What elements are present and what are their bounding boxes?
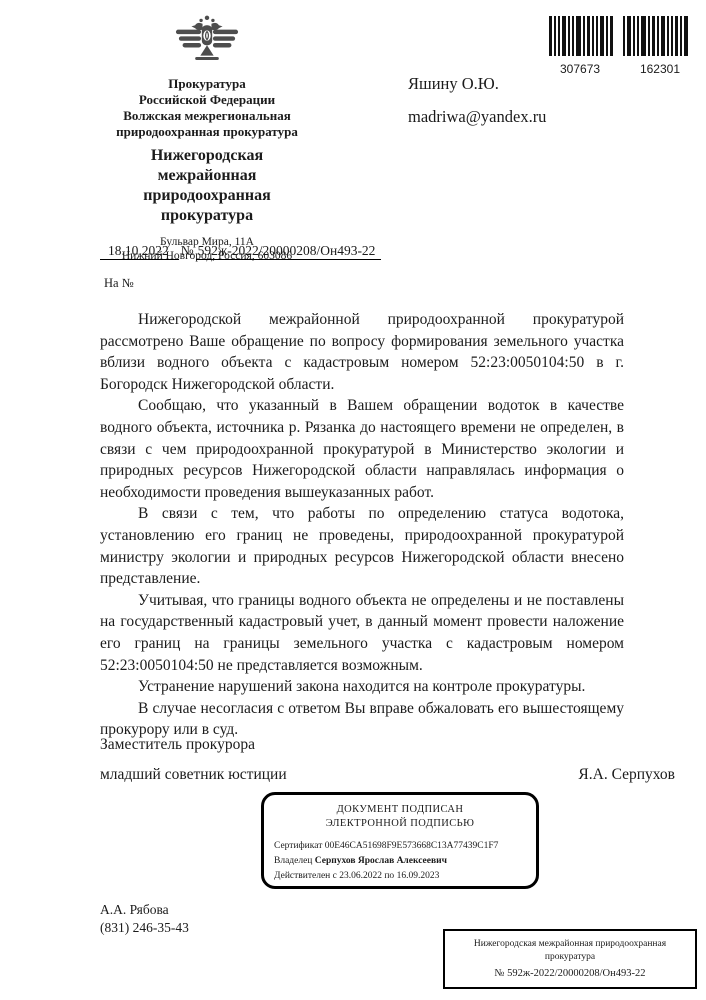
barcode: 307673 162301: [548, 16, 690, 76]
barcode-numbers: 307673 162301: [548, 61, 690, 76]
stamp-validity-line: Действителен с 23.06.2022 по 16.09.2023: [274, 869, 526, 884]
signer-name: Я.А. Серпухов: [578, 766, 675, 784]
number-sign: №: [179, 243, 196, 258]
body-paragraph: Сообщаю, что указанный в Вашем обращении…: [100, 395, 624, 503]
executor-contact: А.А. Рябова (831) 246-35-43: [100, 901, 189, 937]
signer-position-line1: Заместитель прокурора: [100, 736, 255, 754]
stamp-title-line2: ЭЛЕКТРОННОЙ ПОДПИСЬЮ: [274, 817, 526, 831]
footer-org-line1: Нижегородская межрайонная природоохранна…: [450, 938, 690, 951]
valid-label: Действителен с: [274, 871, 337, 881]
signer-position-line2: младший советник юстиции: [100, 766, 287, 784]
org-name-line: Прокуратура: [96, 76, 318, 92]
certificate-value: 00E46CA51698F9E573668C13A77439C1F7: [325, 841, 499, 851]
footer-reference-box: Нижегородская межрайонная природоохранна…: [443, 929, 697, 989]
body-paragraph: Устранение нарушений закона находится на…: [100, 676, 624, 698]
reference-number-label: На №: [104, 276, 134, 291]
footer-number-value: 592ж-2022/20000208/Он493-22: [507, 968, 645, 979]
owner-value: Серпухов Ярослав Алексеевич: [315, 856, 447, 866]
stamp-details: Сертификат 00E46CA51698F9E573668C13A7743…: [274, 839, 526, 884]
org-name-line: Российской Федерации: [96, 92, 318, 108]
unit-name-line: прокуратура: [96, 206, 318, 226]
body-paragraph: В связи с тем, что работы по определению…: [100, 503, 624, 589]
signature-row: младший советник юстиции Я.А. Серпухов: [100, 766, 675, 784]
unit-name: Нижегородская межрайонная природоохранна…: [96, 146, 318, 226]
valid-to: 16.09.2023: [397, 871, 440, 881]
owner-label: Владелец: [274, 856, 312, 866]
stamp-title: ДОКУМЕНТ ПОДПИСАН ЭЛЕКТРОННОЙ ПОДПИСЬЮ: [274, 803, 526, 831]
org-name-line: природоохранная прокуратура: [96, 124, 318, 140]
coat-of-arms-icon: [170, 14, 244, 72]
valid-from: 23.06.2022: [339, 871, 382, 881]
unit-name-line: Нижегородская: [96, 146, 318, 166]
org-name-line: Волжская межрегиональная: [96, 108, 318, 124]
recipient-email: madriwa@yandex.ru: [408, 107, 546, 127]
body-paragraph: Учитывая, что границы водного объекта не…: [100, 590, 624, 676]
footer-org-line2: прокуратура: [450, 951, 690, 964]
outgoing-number-line: 18.10.2022№592ж-2022/20000208/Он493-22: [100, 242, 381, 260]
certificate-label: Сертификат: [274, 841, 322, 851]
electronic-signature-stamp: ДОКУМЕНТ ПОДПИСАН ЭЛЕКТРОННОЙ ПОДПИСЬЮ С…: [261, 792, 539, 889]
footer-number-sign: №: [495, 968, 505, 979]
executor-name: А.А. Рябова: [100, 901, 189, 919]
unit-name-line: межрайонная природоохранная: [96, 166, 318, 206]
stamp-owner-line: Владелец Серпухов Ярослав Алексеевич: [274, 854, 526, 869]
document-number: 592ж-2022/20000208/Он493-22: [196, 243, 382, 260]
letter-body: Нижегородской межрайонной природоохранно…: [100, 309, 624, 741]
barcode-number-right: 162301: [640, 62, 680, 76]
recipient-block: Яшину О.Ю. madriwa@yandex.ru: [408, 74, 546, 127]
body-paragraph: В случае несогласия с ответом Вы вправе …: [100, 698, 624, 741]
barcode-bars-icon: [548, 16, 690, 56]
stamp-certificate-line: Сертификат 00E46CA51698F9E573668C13A7743…: [274, 839, 526, 854]
executor-phone: (831) 246-35-43: [100, 919, 189, 937]
stamp-title-line1: ДОКУМЕНТ ПОДПИСАН: [274, 803, 526, 817]
letterhead: Прокуратура Российской Федерации Волжска…: [96, 14, 318, 263]
document-page: Прокуратура Российской Федерации Волжска…: [0, 0, 706, 1000]
document-date: 18.10.2022: [100, 243, 179, 260]
barcode-number-left: 307673: [560, 62, 600, 76]
body-paragraph: Нижегородской межрайонной природоохранно…: [100, 309, 624, 395]
recipient-name: Яшину О.Ю.: [408, 74, 546, 94]
footer-document-number: № 592ж-2022/20000208/Он493-22: [450, 968, 690, 979]
valid-to-label: по: [384, 871, 394, 881]
